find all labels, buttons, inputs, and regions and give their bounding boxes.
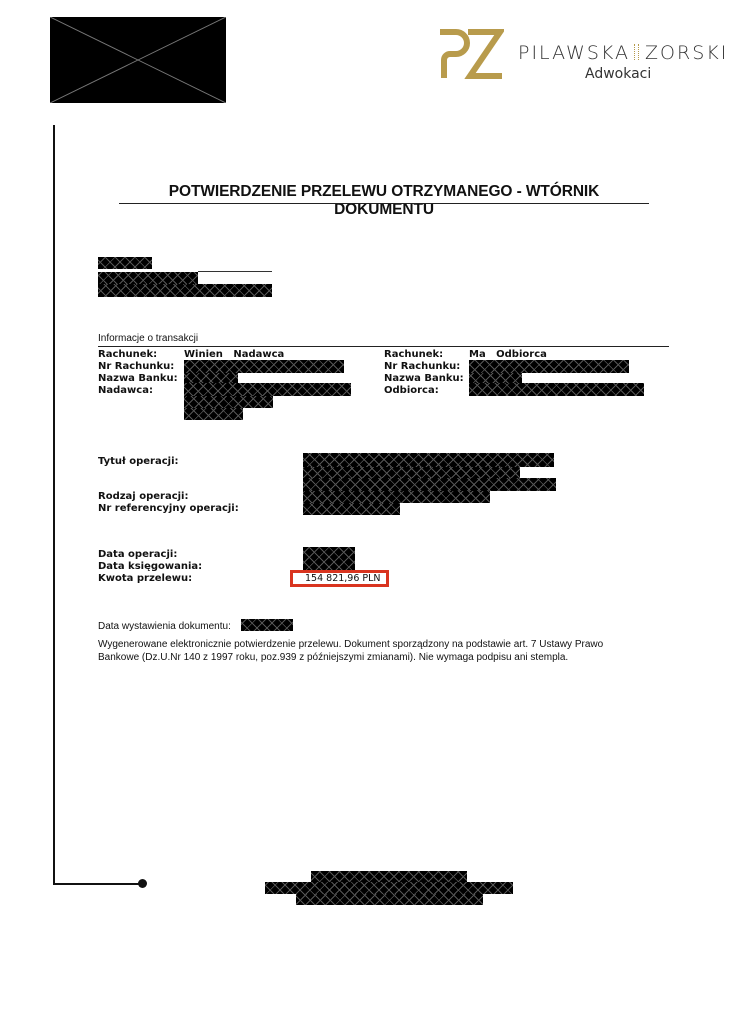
redacted-recipient-bank [469,373,522,383]
issue-date-label: Data wystawienia dokumentu: [98,620,231,633]
data-ksiegowania-label: Data księgowania: [98,561,202,573]
recipient-party-label: Odbiorca: [384,385,439,397]
redacted-footer-line3 [296,894,483,905]
recipient-nazwa-banku-label: Nazwa Banku: [384,373,464,385]
redacted-footer-line1 [311,871,467,882]
section-rule [98,346,669,347]
redacted-title-line1 [303,453,554,467]
sender-nr-rachunku-label: Nr Rachunku: [98,361,174,373]
redacted-dates [303,547,355,570]
redacted-operation-type [303,491,490,503]
law-firm-logo: PILAWSKAZORSKI Adwokaci [438,28,728,84]
recipient-rachunek-label: Rachunek: [384,349,443,361]
sender-nazwa-banku-label: Nazwa Banku: [98,373,178,385]
sender-party-label: Nadawca: [98,385,153,397]
redacted-issue-date [241,619,293,631]
frame-horizontal-line [53,883,143,885]
redacted-name [98,257,152,269]
brand-name-left: PILAWSKA [518,42,630,64]
frame-vertical-line [53,125,55,885]
tytul-label: Tytuł operacji: [98,456,179,468]
section-label: Informacje o transakcji [98,332,198,345]
brand-name-right: ZORSKI [645,42,728,64]
redacted-address-line2 [98,284,272,297]
redacted-sender-bank [184,373,238,383]
redacted-sender-address2 [184,408,243,420]
pz-monogram-icon [438,28,504,82]
redacted-sender-address1 [184,396,273,408]
redacted-address-line1 [98,272,198,284]
image-placeholder [50,17,226,103]
frame-dot [138,879,147,888]
redacted-sender-name [184,383,351,396]
redacted-footer-line2 [265,882,513,894]
brand-subtitle: Adwokaci [585,66,651,82]
redacted-reference-number [303,503,400,515]
placeholder-x-icon [50,17,226,103]
recipient-nr-rachunku-label: Nr Rachunku: [384,361,460,373]
brand-separator [634,44,639,60]
redacted-recipient-account [469,360,629,373]
document-title: POTWIERDZENIE PRZELEWU OTRZYMANEGO - WTÓ… [119,183,649,219]
redacted-title-line2 [303,467,520,478]
title-underline [119,203,649,204]
address-rule [198,271,272,272]
redacted-sender-account [184,360,344,373]
sender-rachunek-label: Rachunek: [98,349,157,361]
kwota-label: Kwota przelewu: [98,573,192,585]
data-operacji-label: Data operacji: [98,549,177,561]
redacted-title-line3 [303,478,556,491]
amount-value: 154 821,96 PLN [305,573,381,584]
nr-referencyjny-label: Nr referencyjny operacji: [98,503,239,515]
brand-name: PILAWSKAZORSKI [518,42,728,64]
legal-note: Wygenerowane elektronicznie potwierdzeni… [98,638,618,664]
rodzaj-label: Rodzaj operacji: [98,491,188,503]
redacted-recipient-name [469,383,644,396]
